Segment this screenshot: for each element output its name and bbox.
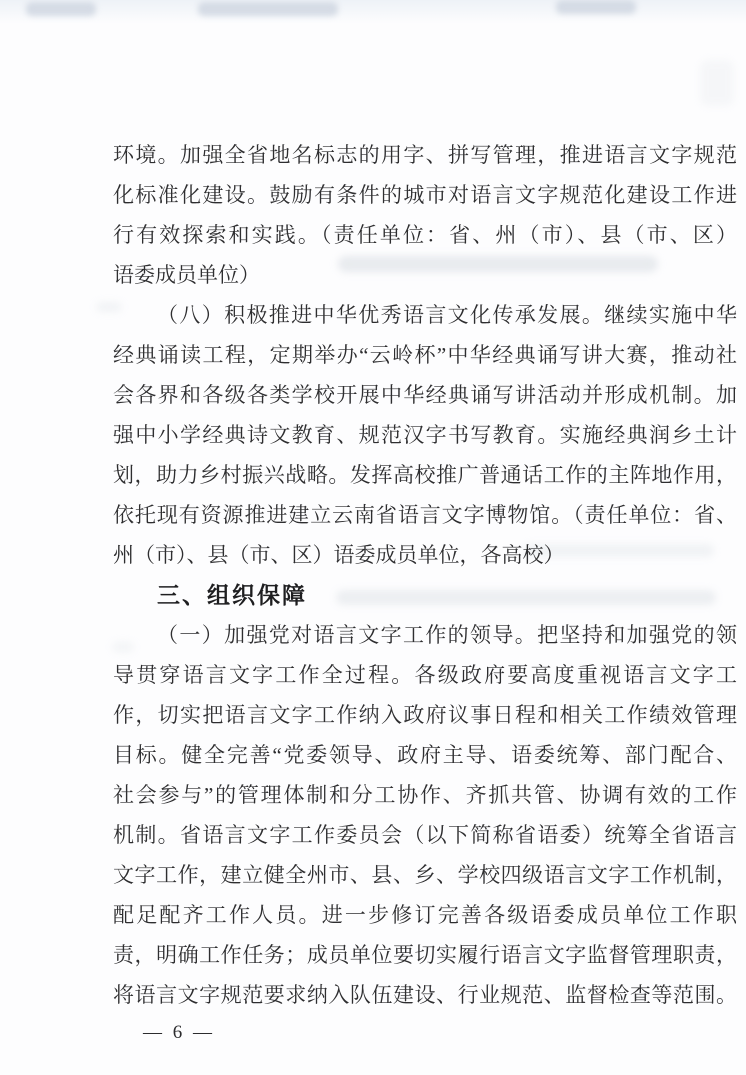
text-line: 强中小学经典诗文教育、规范汉字书写教育。实施经典润乡土计 [113, 415, 737, 455]
scan-artifact-showthrough [700, 60, 734, 106]
text-line: 责，明确工作任务；成员单位要切实履行语言文字监督管理职责， [113, 935, 737, 975]
page-number: — 6 — [143, 1022, 215, 1044]
text-line: 文字工作，建立健全州市、县、乡、学校四级语言文字工作机制， [113, 855, 737, 895]
text-line: 将语言文字规范要求纳入队伍建设、行业规范、监督检查等范围。 [113, 975, 737, 1015]
text-line: （一）加强党对语言文字工作的领导。把坚持和加强党的领 [113, 615, 737, 655]
text-line: 配足配齐工作人员。进一步修订完善各级语委成员单位工作职 [113, 895, 737, 935]
text-line: 语委成员单位） [113, 255, 737, 295]
text-line: 经典诵读工程，定期举办“云岭杯”中华经典诵写讲大赛，推动社 [113, 335, 737, 375]
scan-artifact-blob [198, 2, 338, 16]
text-line: 会各界和各级各类学校开展中华经典诵写讲活动并形成机制。加 [113, 375, 737, 415]
scan-artifact-blob [556, 0, 636, 14]
text-line: 行有效探索和实践。（责任单位：省、州（市）、县（市、区） [113, 215, 737, 255]
text-line: 作，切实把语言文字工作纳入政府议事日程和相关工作绩效管理 [113, 695, 737, 735]
text-line: 社会参与”的管理体制和分工协作、齐抓共管、协调有效的工作 [113, 775, 737, 815]
text-line: 环境。加强全省地名标志的用字、拼写管理，推进语言文字规范 [113, 135, 737, 175]
text-line: 导贯穿语言文字工作全过程。各级政府要高度重视语言文字工 [113, 655, 737, 695]
text-line: 化标准化建设。鼓励有条件的城市对语言文字规范化建设工作进 [113, 175, 737, 215]
document-page: 环境。加强全省地名标志的用字、拼写管理，推进语言文字规范化标准化建设。鼓励有条件… [0, 0, 746, 1075]
scan-artifact-top-strip [0, 0, 746, 24]
scan-artifact-blob [26, 2, 96, 16]
text-line: 依托现有资源推进建立云南省语言文字博物馆。（责任单位：省、 [113, 495, 737, 535]
text-line: 机制。省语言文字工作委员会（以下简称省语委）统筹全省语言 [113, 815, 737, 855]
text-line: 目标。健全完善“党委领导、政府主导、语委统筹、部门配合、 [113, 735, 737, 775]
text-line: 州（市）、县（市、区）语委成员单位，各高校） [113, 535, 737, 575]
text-line: 划，助力乡村振兴战略。发挥高校推广普通话工作的主阵地作用， [113, 455, 737, 495]
text-line: 三、组织保障 [113, 575, 737, 615]
text-line: （八）积极推进中华优秀语言文化传承发展。继续实施中华 [113, 295, 737, 335]
document-body: 环境。加强全省地名标志的用字、拼写管理，推进语言文字规范化标准化建设。鼓励有条件… [113, 135, 737, 1015]
